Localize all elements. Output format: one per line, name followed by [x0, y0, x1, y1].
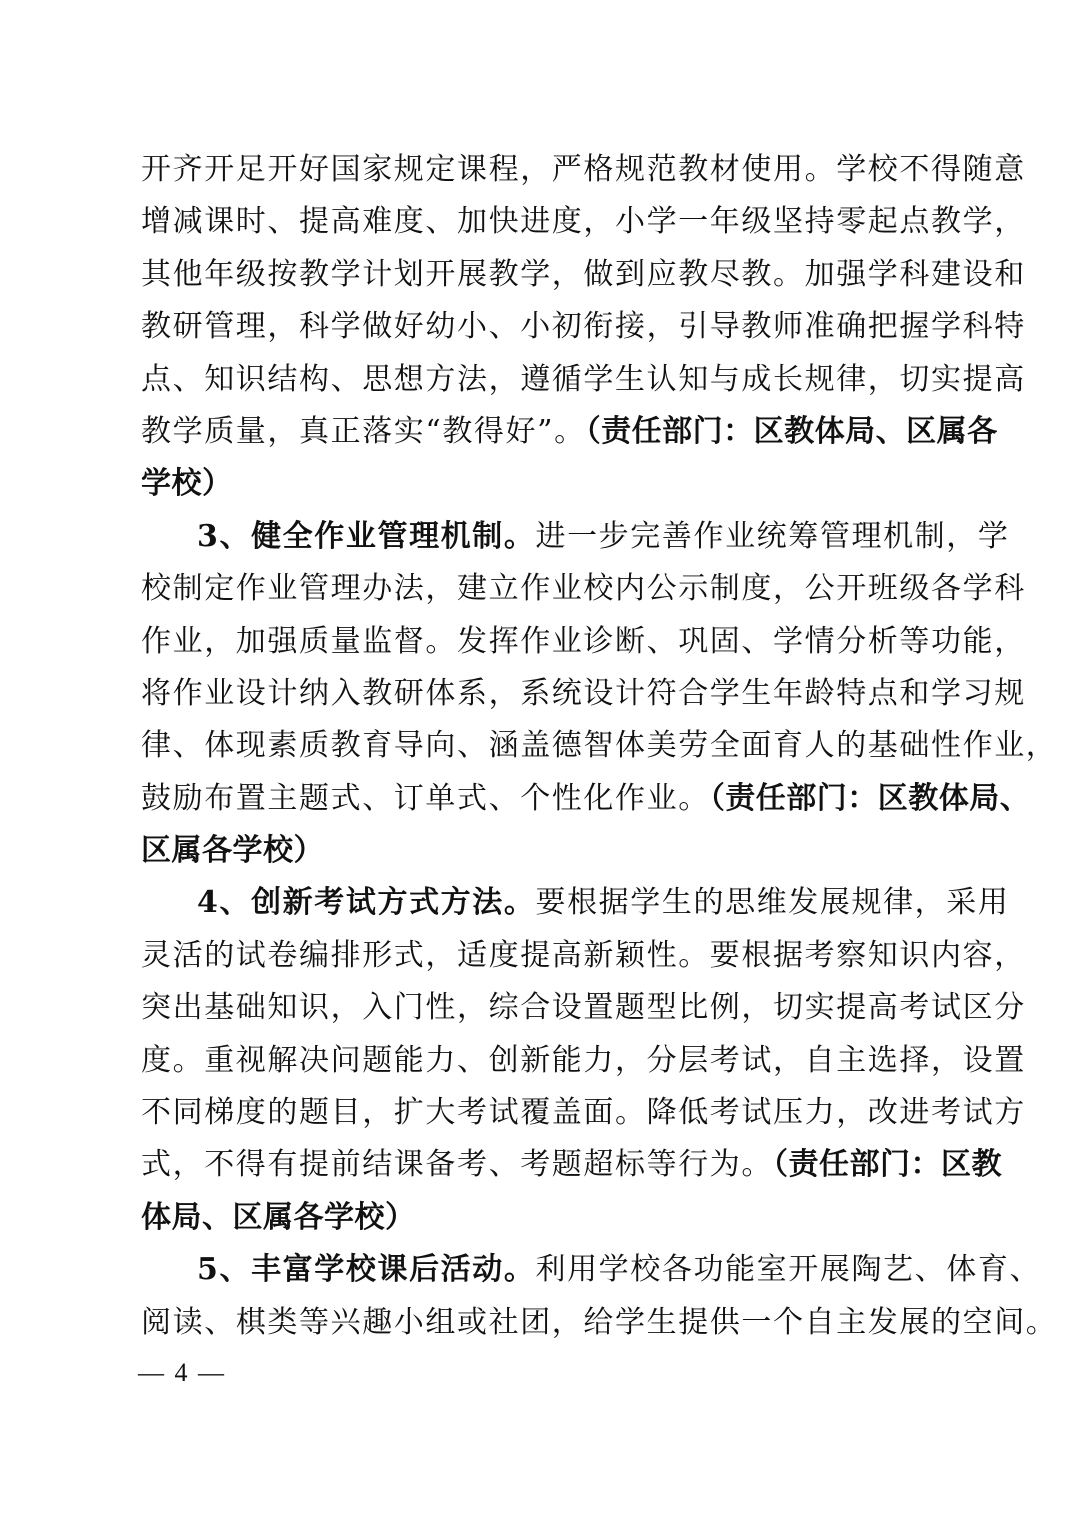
responsible-dept: （责任部门：区教体局、	[710, 781, 1031, 816]
text-line: 律、体现素质教育导向、涵盖德智体美劳全面育人的基础性作业，	[141, 720, 937, 772]
text-line: 作业，加强质量监督。发挥作业诊断、巩固、学情分析等功能，	[141, 616, 937, 668]
text-line: 体局、区属各学校）	[141, 1192, 937, 1244]
text-line: 校制定作业管理办法，建立作业校内公示制度，公开班级各学科	[141, 563, 937, 615]
section-heading-line: 3、健全作业管理机制。进一步完善作业统筹管理机制，学	[141, 511, 937, 563]
section-heading-line: 5、丰富学校课后活动。利用学校各功能室开展陶艺、体育、	[141, 1244, 937, 1296]
text-line: 灵活的试卷编排形式，适度提高新颖性。要根据考察知识内容，	[141, 930, 937, 982]
text-line: 不同梯度的题目，扩大考试覆盖面。降低考试压力，改进考试方	[141, 1087, 937, 1139]
section-heading: 3、健全作业管理机制。	[197, 519, 535, 554]
text-line: 增减课时、提高难度、加快进度，小学一年级坚持零起点教学，	[141, 196, 937, 248]
text-line: 突出基础知识，入门性，综合设置题型比例，切实提高考试区分	[141, 982, 937, 1034]
text-line: 度。重视解决问题能力、创新能力，分层考试，自主选择，设置	[141, 1035, 937, 1087]
section-heading: 5、丰富学校课后活动。	[197, 1252, 535, 1287]
text-line: 将作业设计纳入教研体系，系统设计符合学生年龄特点和学习规	[141, 668, 937, 720]
text-line: 鼓励布置主题式、订单式、个性化作业。（责任部门：区教体局、	[141, 773, 937, 825]
text-line: 阅读、棋类等兴趣小组或社团，给学生提供一个自主发展的空间。	[141, 1297, 937, 1349]
page-number: — 4 —	[138, 1358, 226, 1388]
text-line: 教学质量，真正落实“教得好”。（责任部门：区教体局、区属各	[141, 406, 937, 458]
text-line: 式，不得有提前结课备考、考题超标等行为。（责任部门：区教	[141, 1139, 937, 1191]
responsible-dept: 区属各学校）	[141, 833, 324, 868]
section-heading: 4、创新考试方式方法。	[197, 885, 535, 920]
text-line: 学校）	[141, 458, 937, 510]
responsible-dept: （责任部门：区教	[773, 1147, 1002, 1182]
section-heading-line: 4、创新考试方式方法。要根据学生的思维发展规律，采用	[141, 877, 937, 929]
responsible-dept: 体局、区属各学校）	[141, 1200, 416, 1235]
document-page: 开齐开足开好国家规定课程，严格规范教材使用。学校不得随意 增减课时、提高难度、加…	[141, 144, 941, 1349]
text-line: 教研管理，科学做好幼小、小初衔接，引导教师准确把握学科特	[141, 301, 937, 353]
text-line: 点、知识结构、思想方法，遵循学生认知与成长规律，切实提高	[141, 354, 937, 406]
responsible-dept: （责任部门：区教体局、区属各	[586, 414, 998, 449]
responsible-dept: 学校）	[141, 466, 233, 501]
text-line: 其他年级按教学计划开展教学，做到应教尽教。加强学科建设和	[141, 249, 937, 301]
text-line: 开齐开足开好国家规定课程，严格规范教材使用。学校不得随意	[141, 144, 937, 196]
text-line: 区属各学校）	[141, 825, 937, 877]
